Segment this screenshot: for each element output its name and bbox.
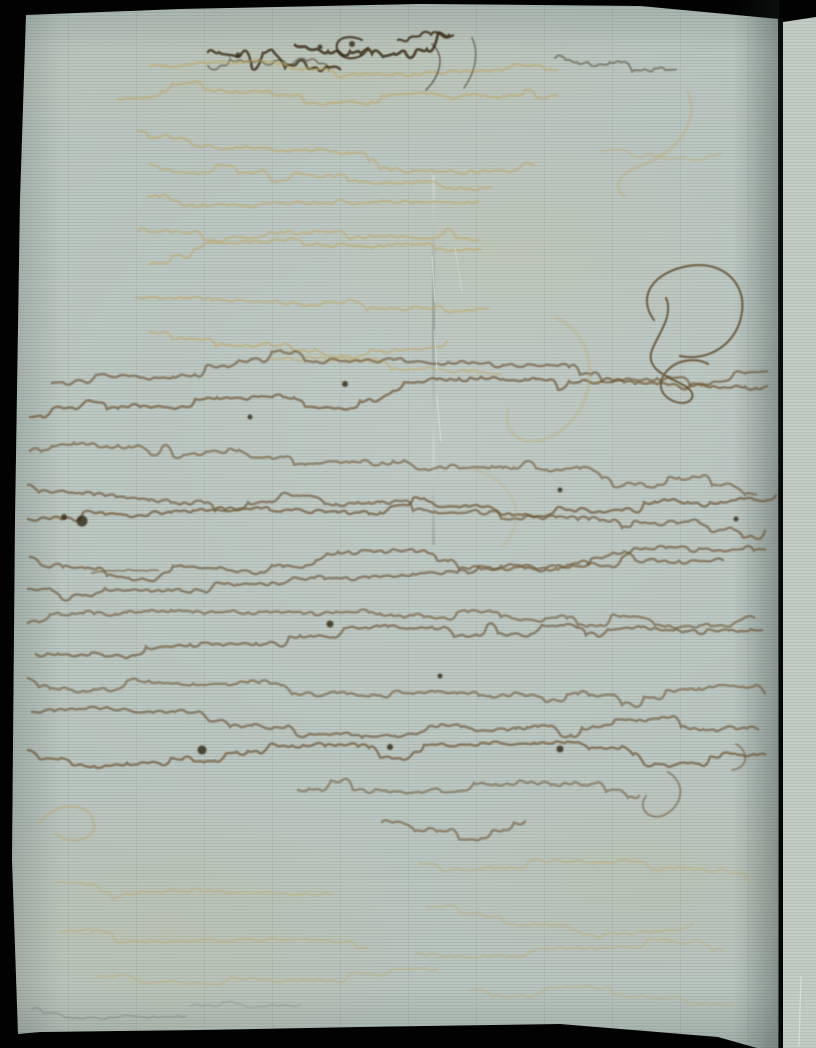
gutter-shadow	[733, 0, 779, 1048]
manuscript-scan	[0, 0, 816, 1048]
fold-crease	[432, 175, 435, 545]
binding-gutter	[778, 18, 783, 1048]
manuscript-page	[0, 0, 816, 1048]
